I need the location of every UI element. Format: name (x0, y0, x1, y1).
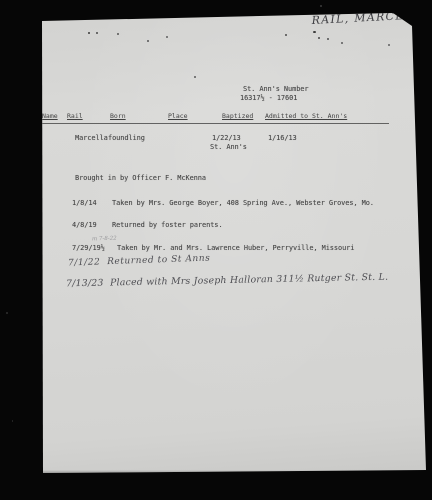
pencil-annotation: m 7-8-22 (92, 236, 117, 243)
ink-speck (341, 42, 343, 44)
entry-text: Returned to St Anns (107, 254, 211, 268)
ink-speck (117, 33, 119, 35)
st-anns-number-value: 16317½ - 17601 (240, 94, 297, 103)
entry-text: Taken by Mrs. George Boyer, 408 Spring A… (112, 199, 374, 207)
record-baptized-place: St. Ann's (210, 143, 247, 152)
record-admitted-date: 1/16/13 (268, 134, 297, 143)
card-edge-shadow (43, 470, 426, 474)
entry-date: 7/29/19½ (72, 244, 117, 253)
entry-date: 4/8/19 (72, 221, 112, 230)
column-header-admitted: Admitted to St. Ann's (265, 113, 347, 120)
column-header-place: Place (168, 113, 188, 120)
history-entry: 1/8/14Taken by Mrs. George Boyer, 408 Sp… (72, 199, 374, 208)
ink-speck (285, 34, 287, 36)
record-born: foundling (108, 134, 145, 143)
column-header-born: Born (110, 113, 126, 120)
st-anns-number-label: St. Ann's Number (243, 85, 308, 94)
record-card: RAIL, MARCELLA St. Ann's Number 16317½ -… (40, 12, 428, 474)
handwritten-name-annotation: RAIL, MARCELLA (311, 8, 431, 27)
ink-speck (318, 37, 320, 39)
entry-date: 1/8/14 (72, 199, 112, 208)
column-header-baptized: Baptized (222, 113, 253, 120)
entry-date: 7/1/22 (68, 257, 101, 268)
handwritten-entry: 7/1/22 Returned to St Anns (68, 254, 211, 269)
ink-speck (166, 36, 168, 38)
ink-speck (147, 40, 149, 42)
entry-text: Placed with Mrs Joseph Halloran 311½ Rut… (110, 272, 388, 289)
entry-text: Taken by Mr. and Mrs. Lawrence Huber, Pe… (117, 244, 354, 252)
ink-speck (327, 38, 329, 40)
ink-speck (313, 31, 316, 33)
dust-speck (320, 5, 322, 7)
microfilm-scan-background: RAIL, MARCELLA St. Ann's Number 16317½ -… (0, 0, 432, 500)
entry-date: 7/13/23 (66, 278, 104, 290)
dust-speck (6, 312, 8, 314)
dust-speck (12, 420, 13, 422)
column-header-surname: Rail (67, 113, 83, 120)
column-header-name: Name (42, 113, 58, 120)
handwritten-entry: 7/13/23 Placed with Mrs Joseph Halloran … (66, 272, 388, 290)
ink-speck (194, 76, 196, 78)
history-entry: 7/29/19½Taken by Mr. and Mrs. Lawrence H… (72, 244, 354, 253)
header-underline (40, 123, 389, 124)
record-name: Marcella (75, 134, 108, 143)
record-baptized-date: 1/22/13 (212, 134, 241, 143)
history-entry: 4/8/19Returned by foster parents. (72, 221, 223, 230)
ink-speck (88, 32, 90, 34)
ink-speck (96, 32, 98, 34)
ink-speck (388, 44, 390, 46)
entry-text: Returned by foster parents. (112, 221, 223, 229)
intake-note: Brought in by Officer F. McKenna (75, 174, 206, 183)
